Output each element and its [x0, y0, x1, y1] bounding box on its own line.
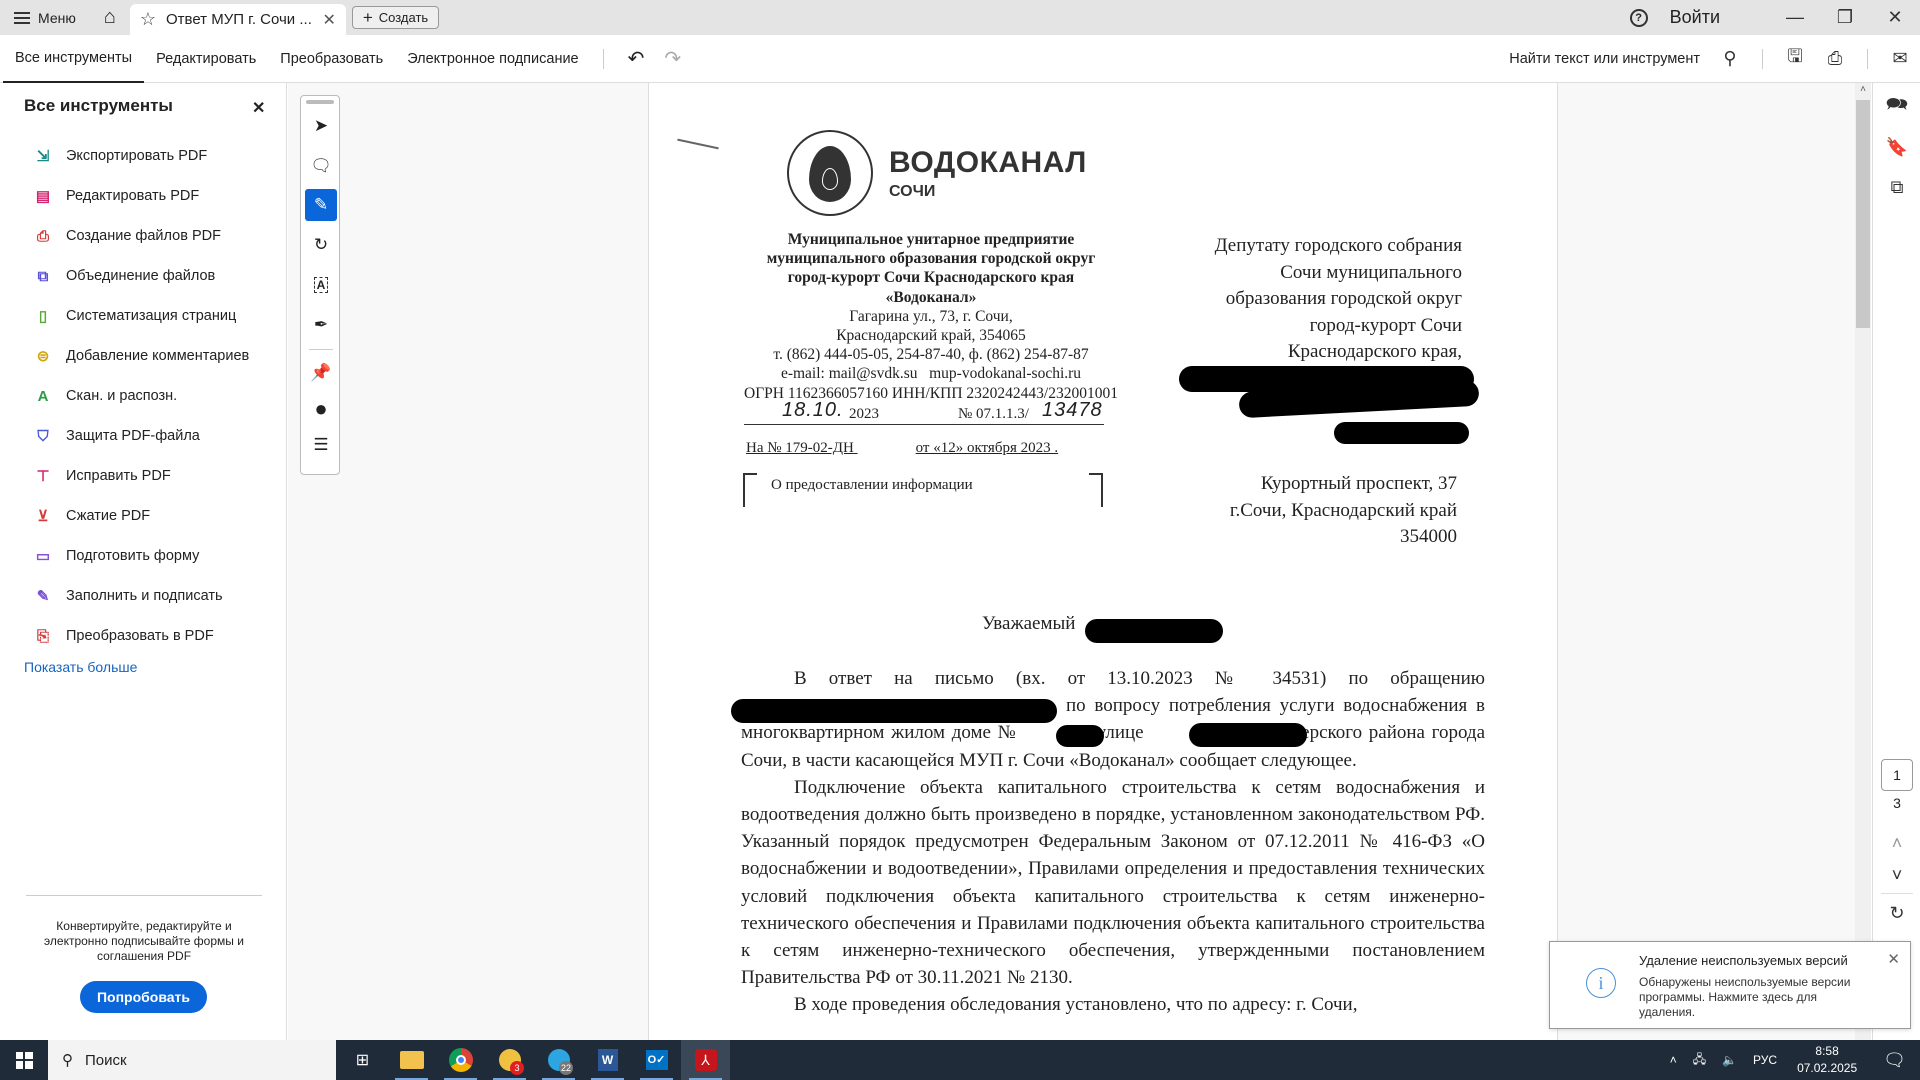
tool-item[interactable]: ▯Систематизация страниц: [34, 296, 249, 336]
search-icon[interactable]: ⚲: [1710, 48, 1750, 69]
redact-pdf-icon: ⊤: [34, 467, 52, 485]
comment-tool-icon[interactable]: 🗨: [305, 150, 337, 182]
tool-label: Создание файлов PDF: [66, 228, 221, 244]
redaction: [1189, 723, 1307, 747]
close-window-button[interactable]: ✕: [1870, 0, 1920, 35]
tool-label: Систематизация страниц: [66, 308, 236, 324]
clock-time: 8:58: [1797, 1043, 1857, 1060]
show-more-link[interactable]: Показать больше: [24, 659, 137, 675]
divider: [309, 349, 333, 350]
panel-title: Все инструменты: [24, 96, 173, 116]
plus-icon: +: [363, 8, 373, 28]
scroll-thumb[interactable]: [1856, 100, 1870, 328]
notification-badge: 3: [510, 1061, 524, 1075]
handwritten-date: 18.10.: [782, 399, 844, 422]
org-line: Краснодарский край, 354065: [741, 326, 1121, 345]
organize-pages-icon: ▯: [34, 307, 52, 325]
mail-icon[interactable]: ✉: [1880, 48, 1920, 69]
toast-body[interactable]: Обнаружены неиспользуемые версии програм…: [1639, 975, 1859, 1020]
hamburger-icon: [14, 12, 30, 24]
chrome-icon[interactable]: [436, 1040, 485, 1080]
windows-taskbar: ⚲ Поиск ⊞ 3 22 W O✓ ⅄ ˄ 🖧 🔈 РУС 8:58 07.…: [0, 1040, 1920, 1080]
close-toast-icon[interactable]: ✕: [1887, 950, 1900, 968]
scan-ocr-icon: A: [34, 387, 52, 405]
restore-button[interactable]: ❐: [1820, 0, 1870, 35]
logo-drop-icon: [787, 130, 873, 216]
refresh-icon[interactable]: ↻: [1885, 901, 1909, 925]
file-explorer-icon[interactable]: [387, 1040, 436, 1080]
quick-tools-bar: ➤ 🗨 ✎ ↻ A ✒ 📌 ● ☰: [300, 95, 340, 475]
vodokanal-logo: [787, 130, 873, 216]
handwritten-number: 13478: [1042, 399, 1103, 422]
org-line: e-mail: mail@svdk.su mup-vodokanal-sochi…: [741, 364, 1121, 383]
divider: [1881, 893, 1913, 894]
menu-label: Меню: [38, 10, 76, 26]
divider: [1762, 49, 1763, 69]
start-button[interactable]: [0, 1040, 48, 1080]
date-year: 2023: [849, 406, 879, 423]
reply-reference: На № 179-02-ДН от «12» октября 2023 .: [746, 440, 1058, 457]
help-icon[interactable]: ?: [1630, 9, 1648, 27]
addressee-block: Депутату городского собрания Сочи муници…: [1215, 233, 1462, 366]
menu-button[interactable]: Меню: [0, 0, 90, 35]
logo-city: СОЧИ: [889, 183, 935, 201]
redaction: [1334, 422, 1469, 444]
convert-to-pdf-icon: ⎘: [34, 627, 52, 645]
addressee-line: Краснодарского края,: [1215, 339, 1462, 366]
telegram-icon[interactable]: 22: [534, 1040, 583, 1080]
comment-icon: ⊜: [34, 347, 52, 365]
export-pdf-icon: ⇲: [34, 147, 52, 165]
clock-date: 07.02.2025: [1797, 1060, 1857, 1077]
tool-item[interactable]: ✎Заполнить и подписать: [34, 576, 249, 616]
paragraph: В ходе проведения обследования установле…: [741, 991, 1485, 1018]
addressee-line: Сочи муниципального: [1215, 260, 1462, 287]
bookmarks-icon[interactable]: 🔖: [1885, 135, 1909, 159]
scroll-up-icon[interactable]: ˄: [1856, 84, 1870, 98]
address-block: Курортный проспект, 37 г.Сочи, Краснодар…: [1230, 471, 1457, 551]
tool-label: Сжатие PDF: [66, 508, 150, 524]
all-tools-panel: Все инструменты ✕ ⇲Экспортировать PDF▤Ре…: [0, 83, 287, 1040]
tool-label: Экспортировать PDF: [66, 148, 207, 164]
tab-convert[interactable]: Преобразовать: [268, 35, 395, 83]
sign-tool-icon[interactable]: ✒: [305, 309, 337, 341]
org-line: Гагарина ул., 73, г. Сочи,: [741, 307, 1121, 326]
right-rail: 🗪 🔖 ⧉ 1 3 ˄ ˅ ↻: [1872, 83, 1920, 1040]
draw-tool-icon[interactable]: ↻: [305, 229, 337, 261]
tool-item[interactable]: ▭Подготовить форму: [34, 536, 249, 576]
addressee-line: образования городской округ: [1215, 286, 1462, 313]
tool-label: Защита PDF-файла: [66, 428, 200, 444]
windows-icon: [16, 1052, 33, 1069]
scan-mark: [677, 139, 718, 150]
total-pages: 3: [1881, 795, 1913, 811]
fill-sign-icon: ✎: [34, 587, 52, 605]
highlight-tool-icon[interactable]: ✎: [305, 189, 337, 221]
tool-label: Объединение файлов: [66, 268, 215, 284]
tab-title: Ответ МУП г. Сочи ...: [166, 11, 312, 28]
tool-item[interactable]: ⇲Экспортировать PDF: [34, 136, 249, 176]
select-tool-icon[interactable]: ➤: [305, 110, 337, 142]
address-line: г.Сочи, Краснодарский край: [1230, 498, 1457, 525]
tool-label: Подготовить форму: [66, 548, 199, 564]
line-weight-icon[interactable]: ☰: [305, 429, 337, 461]
tool-item[interactable]: ⊻Сжатие PDF: [34, 496, 249, 536]
org-line: т. (862) 444-05-05, 254-87-40, ф. (862) …: [741, 345, 1121, 364]
tool-item[interactable]: ⧉Объединение файлов: [34, 256, 249, 296]
divider: [603, 49, 604, 69]
save-icon[interactable]: 🖫: [1775, 44, 1815, 74]
undo-icon[interactable]: ↶: [616, 46, 657, 71]
combine-files-icon: ⧉: [34, 267, 52, 285]
tool-label: Скан. и распозн.: [66, 388, 177, 404]
star-icon[interactable]: ☆: [140, 9, 156, 30]
main-toolbar: Все инструменты Редактировать Преобразов…: [0, 35, 1920, 83]
tool-label: Заполнить и подписать: [66, 588, 223, 604]
tool-item[interactable]: ⎙Создание файлов PDF: [34, 216, 249, 256]
tool-label: Исправить PDF: [66, 468, 171, 484]
tool-item[interactable]: ⊤Исправить PDF: [34, 456, 249, 496]
try-button[interactable]: Попробовать: [80, 981, 207, 1013]
signin-button[interactable]: Войти: [1670, 7, 1720, 28]
pdf-page: ВОДОКАНАЛ СОЧИ Муниципальное унитарное п…: [648, 83, 1558, 1040]
text-box-tool-icon[interactable]: A: [305, 269, 337, 301]
addressee-line: Депутату городского собрания: [1215, 233, 1462, 260]
close-tab-icon[interactable]: ✕: [322, 10, 335, 30]
subject-box: О предоставлении информации: [743, 473, 1103, 505]
title-bar: Меню ⌂ ☆ Ответ МУП г. Сочи ... ✕ + Созда…: [0, 0, 1920, 35]
close-panel-icon[interactable]: ✕: [252, 98, 265, 118]
create-label: Создать: [379, 10, 428, 25]
system-tray: ˄ 🖧 🔈 РУС 8:58 07.02.2025 🗨: [1662, 1040, 1920, 1080]
greeting: Уважаемый: [982, 613, 1075, 635]
tool-label: Преобразовать в PDF: [66, 628, 214, 644]
tools-list: ⇲Экспортировать PDF▤Редактировать PDF⎙Со…: [34, 136, 249, 656]
search-icon: ⚲: [62, 1051, 73, 1069]
promo-text: Конвертируйте, редактируйте и электронно…: [26, 919, 262, 964]
outgoing-date-line: 18.10. 2023 № 07.1.1.3/ 13478: [744, 403, 1104, 425]
redaction: [1085, 619, 1223, 643]
reply-number: На № 179-02-ДН: [746, 440, 854, 456]
divider: [26, 895, 262, 896]
tool-item[interactable]: AСкан. и распозн.: [34, 376, 249, 416]
tab-edit[interactable]: Редактировать: [144, 35, 268, 83]
search-placeholder: Поиск: [85, 1052, 127, 1069]
prepare-form-icon: ▭: [34, 547, 52, 565]
redo-icon[interactable]: ↷: [656, 46, 689, 71]
volume-icon[interactable]: 🔈: [1714, 1053, 1745, 1067]
clock[interactable]: 8:58 07.02.2025: [1785, 1043, 1869, 1077]
org-line: город-курорт Сочи Краснодарского края: [741, 268, 1121, 287]
tool-label: Редактировать PDF: [66, 188, 199, 204]
edit-pdf-icon: ▤: [34, 187, 52, 205]
home-icon: ⌂: [104, 6, 116, 29]
info-icon: i: [1586, 968, 1616, 998]
logo-name: ВОДОКАНАЛ: [889, 146, 1087, 180]
paragraph: Подключение объекта капитального строите…: [741, 774, 1485, 992]
language-indicator[interactable]: РУС: [1745, 1053, 1785, 1067]
compress-pdf-icon: ⊻: [34, 507, 52, 525]
action-center-icon[interactable]: 🗨: [1869, 1050, 1920, 1071]
create-pdf-icon: ⎙: [34, 227, 52, 245]
redaction: [1056, 725, 1104, 747]
notification-badge: 22: [559, 1061, 573, 1075]
next-page-icon[interactable]: ˅: [1885, 863, 1909, 887]
tool-item[interactable]: ⛉Защита PDF-файла: [34, 416, 249, 456]
protect-pdf-icon: ⛉: [34, 427, 52, 445]
drag-handle[interactable]: [306, 100, 334, 104]
tab-all-tools[interactable]: Все инструменты: [3, 35, 144, 83]
print-icon[interactable]: ⎙: [1815, 48, 1855, 69]
current-page-input[interactable]: 1: [1881, 759, 1913, 791]
messenger-icon[interactable]: 3: [485, 1040, 534, 1080]
comments-panel-icon[interactable]: 🗪: [1885, 95, 1909, 119]
minimize-button[interactable]: —: [1770, 0, 1820, 35]
tab-e-sign[interactable]: Электронное подписание: [395, 35, 590, 83]
taskbar-search[interactable]: ⚲ Поиск: [48, 1040, 336, 1080]
home-button[interactable]: ⌂: [90, 0, 130, 35]
prev-page-icon[interactable]: ˄: [1885, 831, 1909, 855]
tool-label: Добавление комментариев: [66, 348, 249, 364]
address-line: 354000: [1230, 524, 1457, 551]
tray-expand-icon[interactable]: ˄: [1662, 1053, 1685, 1067]
color-picker-icon[interactable]: ●: [305, 393, 337, 425]
org-line: «Водоканал»: [741, 288, 1121, 307]
find-label[interactable]: Найти текст или инструмент: [1509, 51, 1700, 67]
tool-item[interactable]: ⎘Преобразовать в PDF: [34, 616, 249, 656]
acrobat-icon[interactable]: ⅄: [681, 1040, 730, 1080]
task-view-icon[interactable]: ⊞: [338, 1040, 387, 1080]
pin-icon[interactable]: 📌: [305, 357, 337, 389]
notification-toast[interactable]: i Удаление неиспользуемых версий Обнаруж…: [1549, 941, 1911, 1029]
document-tab[interactable]: ☆ Ответ МУП г. Сочи ... ✕: [130, 4, 346, 35]
org-line: Муниципальное унитарное предприятие: [741, 230, 1121, 249]
addressee-line: город-курорт Сочи: [1215, 313, 1462, 340]
address-line: Курортный проспект, 37: [1230, 471, 1457, 498]
outlook-icon[interactable]: O✓: [632, 1040, 681, 1080]
network-icon[interactable]: 🖧: [1685, 1050, 1714, 1071]
outgoing-number: № 07.1.1.3/: [958, 406, 1029, 423]
org-line: муниципального образования городской окр…: [741, 249, 1121, 268]
word-icon[interactable]: W: [583, 1040, 632, 1080]
tool-item[interactable]: ⊜Добавление комментариев: [34, 336, 249, 376]
tool-item[interactable]: ▤Редактировать PDF: [34, 176, 249, 216]
organization-header: Муниципальное унитарное предприятие муни…: [741, 230, 1121, 403]
pages-icon[interactable]: ⧉: [1885, 175, 1909, 199]
create-button[interactable]: + Создать: [352, 6, 439, 29]
redaction: [731, 699, 1057, 723]
toast-title: Удаление неиспользуемых версий: [1639, 953, 1848, 968]
divider: [1867, 49, 1868, 69]
reply-date: от «12» октября 2023 .: [916, 440, 1059, 456]
